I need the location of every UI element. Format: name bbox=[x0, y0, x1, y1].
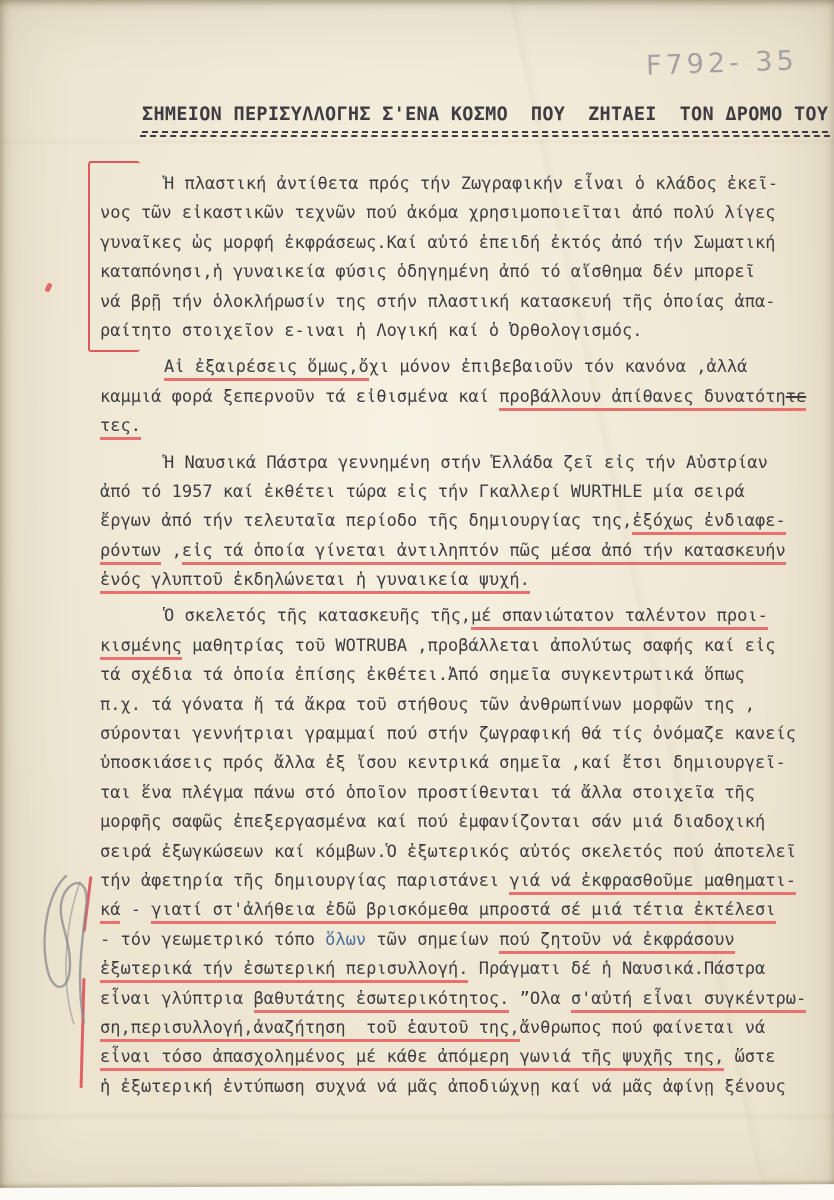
text-line: - τόν γεωμετρικό τόπο ὅλων τῶν σημείων π… bbox=[100, 926, 810, 955]
red-underlined-text: ἑνός γλυπτοῦ ἐκδηλώνεται ἡ γυναικεία ψυχ… bbox=[100, 570, 530, 594]
text-segment: - bbox=[120, 900, 151, 920]
text-line: σύρονται γεννήτριαι γραμμαί πού στήν ζωγ… bbox=[100, 720, 810, 749]
text-line: τήν ἀφετηρία τῆς δημιουργίας παριστάνει … bbox=[100, 867, 810, 896]
red-underlined-text: ρόντων bbox=[100, 541, 161, 565]
text-line: Ἡ πλαστική ἀντίθετα πρός τήν Ζωγραφικήν … bbox=[100, 170, 810, 199]
text-line: γυναῖκες ὡς μορφή ἐκφράσεως.Καί αὐτό ἐπε… bbox=[100, 229, 810, 258]
red-underlined-text: κισμένης bbox=[100, 636, 182, 660]
red-underlined-text: βαθυτάτης ἐσωτερικότητος. bbox=[254, 989, 510, 1013]
text-line: νά βρῇ τήν ὁλοκλήρωσίν της στήν πλαστική… bbox=[100, 288, 810, 317]
scanned-document-page: F792- 35 ΣΗΜΕΙΟΝ ΠΕΡΙΣΥΛΛΟΓΗΣ Σ'ΕΝΑ ΚΟΣΜ… bbox=[0, 0, 834, 1200]
text-line: εἶναι γλύπτρια βαθυτάτης ἐσωτερικότητος.… bbox=[100, 985, 810, 1014]
text-line: νος τῶν εἰκαστικῶν τεχνῶν πού ἀκόμα χρησ… bbox=[100, 199, 810, 228]
text-segment: ὥστε bbox=[724, 1047, 775, 1067]
text-segment: Ἡ πλαστική ἀντίθετα πρός τήν Ζωγραφικήν … bbox=[164, 174, 778, 194]
text-segment: τά σχέδια τά ὁποία ἐπίσης ἐκθέτει.Ἀπό ση… bbox=[100, 665, 745, 685]
red-underlined-text: κά bbox=[100, 900, 120, 924]
text-segment: τῶν σημείων bbox=[366, 930, 499, 950]
text-segment: χι μόνον ἐπιβεβαιοῦν τόν κανόνα ,ἀλλά bbox=[369, 357, 748, 377]
text-line: τά σχέδια τά ὁποία ἐπίσης ἐκθέτει.Ἀπό ση… bbox=[100, 661, 810, 690]
text-segment: ραίτητο στοιχεῖον ε-ιναι ἡ Λογική καί ὁ … bbox=[100, 321, 642, 341]
text-line: ὑποσκιάσεις πρός ἄλλα ἐξ ἴσου κεντρικά σ… bbox=[100, 749, 810, 778]
text-segment: μαθητρίας τοῦ WOTRUBA ,προβάλλεται ἀπολύ… bbox=[182, 636, 776, 656]
text-line: π.χ. τά γόνατα ἤ τά ἄκρα τοῦ στήθους τῶν… bbox=[100, 691, 810, 720]
text-line: καμμιά φορά ξεπερνοῦν τά εἰθισμένα καί π… bbox=[100, 383, 810, 412]
text-line: ἔργων ἀπό τήν τελευταῖα περίοδο τῆς δημι… bbox=[100, 507, 810, 536]
text-segment: νος τῶν εἰκαστικῶν τεχνῶν πού ἀκόμα χρησ… bbox=[100, 203, 776, 223]
red-underlined-text: τες. bbox=[100, 416, 141, 440]
text-segment: ἄνθρωπος πού φαίνεται νά bbox=[520, 1018, 766, 1038]
red-underlined-text: γιά νά ἐκφρασθοῦμε μαθηματι- bbox=[509, 871, 796, 895]
text-segment: Ὁ σκελετός τῆς κατασκευῆς τῆς, bbox=[164, 606, 471, 626]
text-line: σειρά ἐξωγκώσεων καί κόμβων.Ὁ ἐξωτερικός… bbox=[100, 838, 810, 867]
text-segment: καμμιά φορά ξεπερνοῦν τά εἰθισμένα καί bbox=[100, 387, 499, 407]
text-segment: π.χ. τά γόνατα ἤ τά ἄκρα τοῦ στήθους τῶν… bbox=[100, 695, 755, 715]
text-line: εἶναι τόσο ἀπασχολημένος μέ κάθε ἀπόμερη… bbox=[100, 1043, 810, 1072]
red-underlined-text: προβάλλουν ἀπίθανες δυνατότη bbox=[499, 387, 786, 411]
document-body: Ἡ πλαστική ἀντίθετα πρός τήν Ζωγραφικήν … bbox=[100, 170, 810, 1102]
text-segment: ἀπό τό 1957 καί ἐκθέτει τώρα εἰς τήν Γκα… bbox=[100, 482, 745, 502]
red-underlined-text: Αἱ ἐξαιρέσεις ὅμως,ὄ bbox=[164, 357, 369, 381]
red-underlined-text: εἶναι τόσο ἀπασχολημένος μέ κάθε ἀπόμερη… bbox=[100, 1047, 724, 1071]
text-line: ἡ ἐξωτερική ἐντύπωση συχνά νά μᾶς ἀποδιώ… bbox=[100, 1073, 810, 1102]
text-segment: γυναῖκες ὡς μορφή ἐκφράσεως.Καί αὐτό ἐπε… bbox=[100, 233, 776, 253]
text-line: ται ἕνα πλέγμα πάνω στό ὁποῖον προστίθεν… bbox=[100, 779, 810, 808]
text-segment: σύρονται γεννήτριαι γραμμαί πού στήν ζωγ… bbox=[100, 724, 796, 744]
text-line: Ὁ σκελετός τῆς κατασκευῆς τῆς,μέ σπανιώτ… bbox=[100, 602, 810, 631]
text-segment: , bbox=[161, 541, 181, 561]
text-segment: ”Ολα bbox=[509, 989, 570, 1009]
handwritten-catalog-number: F792- 35 bbox=[646, 45, 799, 81]
pencil-scribble bbox=[36, 864, 110, 1036]
red-underlined-text: ἐξωτερικά τήν ἐσωτερική περισυλλογή. bbox=[100, 959, 468, 983]
scanner-background-strip bbox=[0, 1184, 834, 1200]
text-line: Ἡ Ναυσικά Πάστρα γεννημένη στήν Ἑλλάδα ζ… bbox=[100, 449, 810, 478]
red-underlined-text: γιατί στ'ἀλήθεια ἐδῶ βρισκόμεθα μπροστά … bbox=[151, 900, 775, 924]
text-segment: ται ἕνα πλέγμα πάνω στό ὁποῖον προστίθεν… bbox=[100, 783, 755, 803]
text-segment: Ἡ Ναυσικά Πάστρα γεννημένη στήν Ἑλλάδα ζ… bbox=[164, 453, 768, 473]
red-underlined-text: ση,περισυλλογή,ἀναζήτηση τοῦ ἑαυτοῦ της, bbox=[100, 1018, 520, 1042]
text-segment: σειρά ἐξωγκώσεων καί κόμβων.Ὁ ἐξωτερικός… bbox=[100, 842, 796, 862]
text-line: καταπόνησι,ἡ γυναικεία φύσις ὁδηγημένη ἀ… bbox=[100, 258, 810, 287]
text-line: ἑνός γλυπτοῦ ἐκδηλώνεται ἡ γυναικεία ψυχ… bbox=[100, 566, 810, 595]
text-line: μορφῆς σαφῶς ἐπεξεργασμένα καί πού ἐμφαν… bbox=[100, 808, 810, 837]
text-segment: ἔργων ἀπό τήν τελευταῖα περίοδο τῆς δημι… bbox=[100, 511, 632, 531]
red-underlined-text: πού ζητοῦν νά ἐκφράσουν bbox=[499, 930, 734, 954]
text-segment: εἶναι γλύπτρια bbox=[100, 989, 254, 1009]
text-segment: Πράγματι δέ ἡ Ναυσικά.Πάστρα bbox=[468, 959, 765, 979]
text-line: κά - γιατί στ'ἀλήθεια ἐδῶ βρισκόμεθα μπρ… bbox=[100, 896, 810, 925]
text-segment: μορφῆς σαφῶς ἐπεξεργασμένα καί πού ἐμφαν… bbox=[100, 812, 765, 832]
text-line: τες. bbox=[100, 412, 810, 441]
typewritten-text-block: ΣΗΜΕΙΟΝ ΠΕΡΙΣΥΛΛΟΓΗΣ Σ'ΕΝΑ ΚΟΣΜΟ ΠΟΥ ΖΗΤ… bbox=[100, 100, 810, 1102]
paragraph: Ἡ Ναυσικά Πάστρα γεννημένη στήν Ἑλλάδα ζ… bbox=[100, 449, 810, 596]
text-segment: νά βρῇ τήν ὁλοκλήρωσίν της στήν πλαστική… bbox=[100, 292, 776, 312]
red-underlined-text: μέ σπανιώτατον ταλέντον προι- bbox=[471, 606, 768, 630]
red-underlined-text: εἰς τά ὁποία γίνεται ἀντιληπτόν πῶς μέσα… bbox=[182, 541, 786, 565]
text-line: ραίτητο στοιχεῖον ε-ιναι ἡ Λογική καί ὁ … bbox=[100, 317, 810, 346]
paragraph: Αἱ ἐξαιρέσεις ὅμως,ὄχι μόνον ἐπιβεβαιοῦν… bbox=[100, 353, 810, 441]
text-segment: ὑποσκιάσεις πρός ἄλλα ἐξ ἴσου κεντρικά σ… bbox=[100, 753, 786, 773]
text-line: ἀπό τό 1957 καί ἐκθέτει τώρα εἰς τήν Γκα… bbox=[100, 478, 810, 507]
text-segment: ἡ ἐξωτερική ἐντύπωση συχνά νά μᾶς ἀποδιώ… bbox=[100, 1077, 786, 1097]
document-title: ΣΗΜΕΙΟΝ ΠΕΡΙΣΥΛΛΟΓΗΣ Σ'ΕΝΑ ΚΟΣΜΟ ΠΟΥ ΖΗΤ… bbox=[142, 100, 828, 133]
blue-ink-text: ὅλων bbox=[325, 930, 366, 950]
text-segment: καταπόνησι,ἡ γυναικεία φύσις ὁδηγημένη ἀ… bbox=[100, 262, 755, 282]
text-line: Αἱ ἐξαιρέσεις ὅμως,ὄχι μόνον ἐπιβεβαιοῦν… bbox=[100, 353, 810, 382]
text-segment: - τόν γεωμετρικό τόπο bbox=[100, 930, 325, 950]
text-line: ρόντων ,εἰς τά ὁποία γίνεται ἀντιληπτόν … bbox=[100, 537, 810, 566]
red-underlined-text: σ'αὐτή εἶναι συγκέντρω- bbox=[571, 989, 806, 1013]
text-segment: τήν ἀφετηρία τῆς δημιουργίας παριστάνει bbox=[100, 871, 509, 891]
text-line: ση,περισυλλογή,ἀναζήτηση τοῦ ἑαυτοῦ της,… bbox=[100, 1014, 810, 1043]
red-ink-speck bbox=[44, 282, 52, 292]
paragraph: Ὁ σκελετός τῆς κατασκευῆς τῆς,μέ σπανιώτ… bbox=[100, 602, 810, 1102]
text-line: κισμένης μαθητρίας τοῦ WOTRUBA ,προβάλλε… bbox=[100, 632, 810, 661]
red-underlined-text: τε bbox=[786, 387, 806, 411]
title-row: ΣΗΜΕΙΟΝ ΠΕΡΙΣΥΛΛΟΓΗΣ Σ'ΕΝΑ ΚΟΣΜΟ ΠΟΥ ΖΗΤ… bbox=[100, 100, 810, 170]
red-underlined-text: ἐξόχως ἐνδιαφε- bbox=[632, 511, 786, 535]
text-line: ἐξωτερικά τήν ἐσωτερική περισυλλογή. Πρά… bbox=[100, 955, 810, 984]
paragraph: Ἡ πλαστική ἀντίθετα πρός τήν Ζωγραφικήν … bbox=[100, 170, 810, 346]
